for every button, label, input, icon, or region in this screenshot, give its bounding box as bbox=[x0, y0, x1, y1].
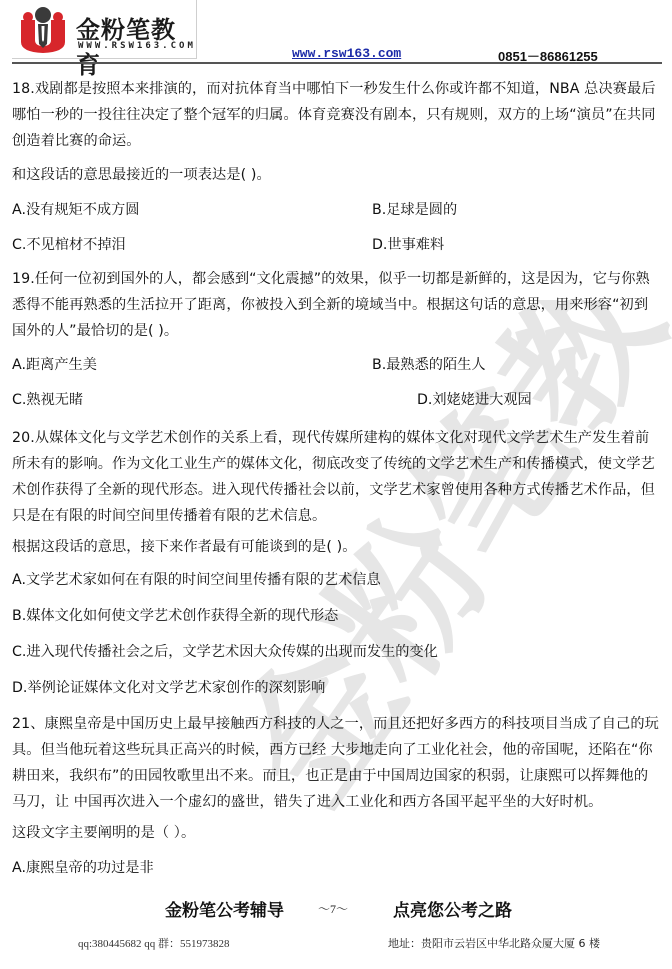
logo-url: WWW.RSW163.COM bbox=[78, 41, 196, 51]
question-20-stem: 20.从媒体文化与文学艺术创作的关系上看，现代传媒所建构的媒体文化对现代文学艺术… bbox=[12, 425, 662, 529]
question-19-option-c: C.熟视无睹 bbox=[12, 390, 83, 410]
logo-mark-icon bbox=[18, 6, 68, 54]
question-21-option-a: A.康熙皇帝的功过是非 bbox=[12, 858, 154, 878]
footer-slogan-left: 金粉笔公考辅导 bbox=[165, 896, 284, 921]
question-18-prompt: 和这段话的意思最接近的一项表达是( )。 bbox=[12, 162, 662, 188]
page-number: ～7～ bbox=[318, 900, 348, 917]
footer-address: 地址：贵阳市云岩区中华北路众厦大厦 6 楼 bbox=[388, 935, 600, 951]
question-18-option-a: A.没有规矩不成方圆 bbox=[12, 200, 139, 220]
question-18-option-b: B.足球是圆的 bbox=[372, 200, 457, 220]
question-18-stem: 18.戏剧都是按照本来排演的，而对抗体育当中哪怕下一秒发生什么你或许都不知道，N… bbox=[12, 76, 662, 154]
header-divider bbox=[12, 62, 662, 64]
question-19-option-a: A.距离产生美 bbox=[12, 355, 97, 375]
question-21-stem: 21、康熙皇帝是中国历史上最早接触西方科技的人之一，而且还把好多西方的科技项目当… bbox=[12, 711, 662, 815]
question-20-option-a: A.文学艺术家如何在有限的时间空间里传播有限的艺术信息 bbox=[12, 570, 381, 590]
logo: 金粉笔教育 WWW.RSW163.COM bbox=[12, 0, 197, 59]
website-link[interactable]: www.rsw163.com bbox=[292, 46, 401, 61]
footer-qq: qq:380445682 qq 群：551973828 bbox=[78, 935, 230, 951]
question-18-option-c: C.不见棺材不掉泪 bbox=[12, 235, 126, 255]
question-20-prompt: 根据这段话的意思，接下来作者最有可能谈到的是( )。 bbox=[12, 534, 662, 560]
question-20-option-d: D.举例论证媒体文化对文学艺术家创作的深刻影响 bbox=[12, 678, 325, 698]
question-20-option-c: C.进入现代传播社会之后，文学艺术因大众传媒的出现而发生的变化 bbox=[12, 642, 438, 662]
question-19-option-b: B.最熟悉的陌生人 bbox=[372, 355, 486, 375]
question-19-option-d: D.刘姥姥进大观园 bbox=[417, 390, 532, 410]
question-19-stem: 19.任何一位初到国外的人，都会感到“文化震撼”的效果，似乎一切都是新鲜的，这是… bbox=[12, 266, 662, 344]
question-18-option-d: D.世事难料 bbox=[372, 235, 444, 255]
question-20-option-b: B.媒体文化如何使文学艺术创作获得全新的现代形态 bbox=[12, 606, 338, 626]
footer-slogan-right: 点亮您公考之路 bbox=[393, 896, 512, 921]
question-21-prompt: 这段文字主要阐明的是（ ）。 bbox=[12, 820, 662, 846]
document-page: 金粉笔教育 金粉笔教育 WWW.RSW163.COM www.rsw163.co… bbox=[0, 0, 672, 969]
